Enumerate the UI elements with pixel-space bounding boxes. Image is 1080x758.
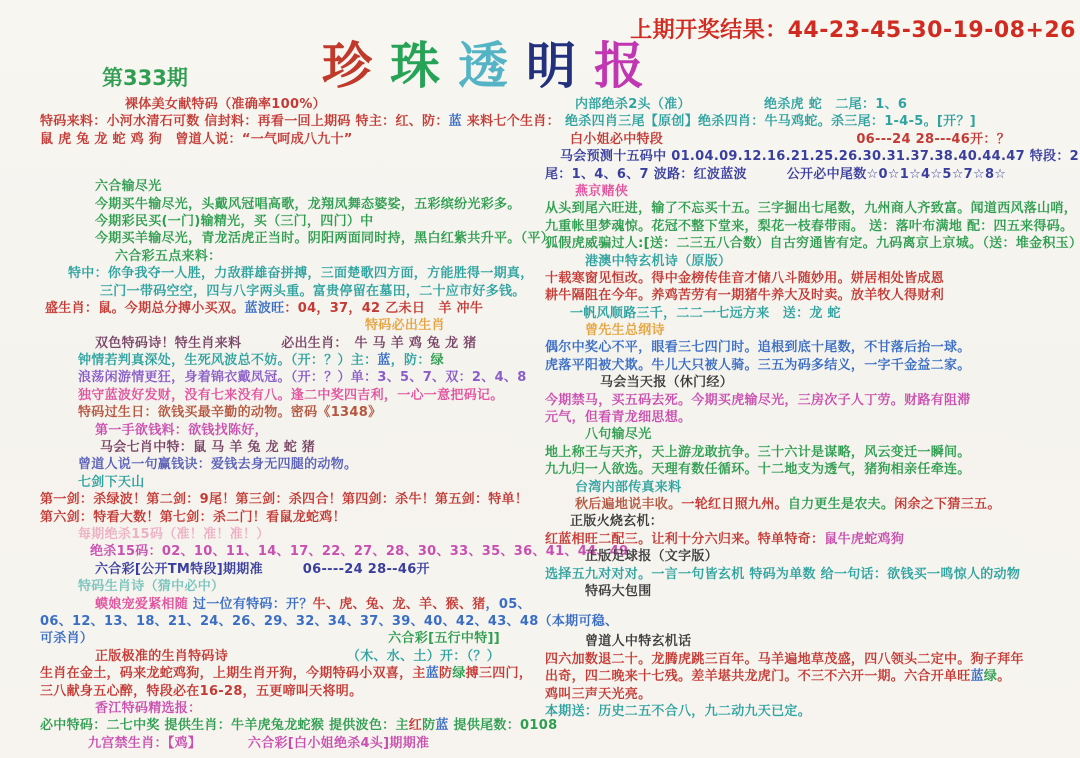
text-segment: 独守蓝波好发财，没有七来没有八。逢二中奖四吉利，一心一意把码记。 (78, 388, 504, 403)
text-segment: 六合输尽光 (95, 179, 162, 194)
text-segment: 七剑下天山 (78, 475, 145, 490)
text-segment: 防 (422, 718, 435, 733)
text-segment: 特中：你争我夺一人胜，力敌群雄奋拼搏，三面楚歌四方面，方能胜得一期真， (68, 266, 534, 281)
text-segment: 六合彩[五行中特]] (388, 631, 500, 646)
text-segment: 特码过生日：欲钱买最辛勤的动物。密码《1348》 (78, 405, 381, 420)
text-line: 九九归一人欲选。天理有数任循环。十二地支为透气，猪狗相亲任牵连。 (545, 461, 1080, 478)
text-segment: 四六加数退二十。龙腾虎跳三百年。马羊遍地草茂盛，四八领头二定中。狗子拜年 (545, 652, 1024, 667)
text-line: 选择五九对对对。一言一句皆玄机 特码为单数 给一句话：欲钱买一鸣惊人的动物 (545, 566, 1080, 583)
text-line: 特码必出生肖 (40, 317, 545, 334)
text-segment: 第一手欲钱料：欲钱找陈好， (95, 423, 268, 438)
text-segment: 今期彩民买(一门)输精光，买（三门，四门）中 (95, 214, 373, 229)
text-segment: 九重帐里梦魂惊。花冠不整下堂来，梨花一枝春带雨。 送：落叶布满地 配：四五来得码… (545, 219, 1073, 234)
text-segment: 正版足球报（文字版） (585, 549, 718, 564)
text-line: 钟情若判真深处，生死风波总不妨。（开：？）主：蓝，防：绿 (40, 352, 545, 369)
text-segment: 第一剑：杀绿波！第二剑：9尾！第三剑：杀四合！第四剑：杀牛！第五剑：特单！ (40, 492, 528, 507)
text-segment: 马会当天报（休门经） (600, 375, 733, 390)
text-segment: 正版火烧玄机： (570, 514, 663, 529)
text-line: 06、12、13、18、21、24、26、29、32、34、37、39、40、4… (40, 613, 545, 630)
text-segment: 蓝 (435, 718, 448, 733)
text-segment: 内部绝杀2头（准） 绝杀虎 蛇 二尾：1、6 (575, 97, 907, 112)
text-line: 六合输尽光 (40, 178, 545, 195)
right-column: 内部绝杀2头（准） 绝杀虎 蛇 二尾：1、6绝杀四肖三尾【原创】绝杀四肖：牛马鸡… (545, 96, 1080, 720)
text-line: 秋后遍地说丰收。一轮红日照九州。自力更生是农夫。闲余之下猜三五。 (545, 496, 1080, 513)
text-segment: 闲余之下猜三五。 (894, 497, 1000, 512)
text-segment: 八句输尽光 (585, 427, 652, 442)
text-segment: 三门一带码空空，四与八字两头重。富贵停留在墓田，二十应市好多钱。 (100, 284, 526, 299)
text-line: 台湾内部传真来料 (545, 479, 1080, 496)
text-segment: 虎落平阳被犬欺。牛儿大只被人骑。三五为码多结义，一字千金益二家。 (545, 358, 971, 373)
text-line: 狐假虎威骗过人:[送：二三五八合数）自古穷通皆有定。九码离京上京城。（送：堆金积… (545, 235, 1080, 252)
text-segment: 九宫禁生肖：【鸡】 六合彩[白小姐绝杀4头]期期准 (88, 736, 429, 751)
text-line: 出奇，四二晚来十七残。差羊堪共龙虎门。不三不六开一期。六合开单旺蓝绿。 (545, 668, 1080, 685)
text-segment: 绿 (984, 669, 997, 684)
text-segment: 绿 (452, 666, 465, 681)
text-line: 十载寒窗见恒改。得中金榜传佳音才储八斗随妙用。姘居相处皆成恩 (545, 270, 1080, 287)
text-segment: 曾道人说一句赢钱诀：爱钱去身无四腿的动物。 (78, 457, 357, 472)
text-segment: 三八献身五心醉，特段必在16-28，五更啼叫天将明。 (40, 684, 362, 699)
text-segment: 红 (409, 718, 422, 733)
text-line: 一帆风顺路三千，二二一七远方来 送：龙 蛇 (545, 305, 1080, 322)
text-line: 七剑下天山 (40, 474, 545, 491)
text-line: 元气，但看青龙细思想。 (545, 409, 1080, 426)
text-segment: 红蓝相旺二配三。让利十分六归来。特单特奇： (545, 532, 824, 547)
text-line: 正版极准的生肖特码诗（木、水、土）开：（？） (40, 648, 545, 665)
text-segment: 鼠牛虎蛇鸡狗 (824, 532, 904, 547)
text-segment: 九九归一人欲选。天理有数任循环。十二地支为透气，猪狗相亲任牵连。 (545, 462, 971, 477)
text-line: 第一剑：杀绿波！第二剑：9尾！第三剑：杀四合！第四剑：杀牛！第五剑：特单！ (40, 491, 545, 508)
text-segment: 六合彩五点来料： (115, 249, 221, 264)
text-line: 本期送：历史二五不合八，九二动九天已定。 (545, 703, 1080, 720)
text-line: 特码生肖诗（猜中必中） (40, 578, 545, 595)
text-segment: 特码来料：小河水清石可数 信封料：再看一回上期码 特主：红、防： (40, 114, 449, 129)
title-char: 珍 (322, 36, 390, 95)
text-segment: 第六剑：特看大数！第七剑：杀二门！看鼠龙蛇鸡！ (40, 510, 346, 525)
text-segment: 双色特码诗！特生肖来料 必出生肖： 牛 马 羊 鸡 兔 龙 猪 (95, 336, 477, 351)
text-segment: 选择五九对对对。一言一句皆玄机 特码为单数 给一句话：欲钱买一鸣惊人的动物 (545, 567, 1020, 582)
text-segment: 鼠 虎 兔 龙 蛇 鸡 狗 曾道人说：“一气呵成八九十” (40, 132, 353, 147)
text-segment: 曾先生总纲诗 (585, 323, 665, 338)
text-segment: 。 (997, 669, 1010, 684)
content-columns: 裸体美女献特码（准确率100%）特码来料：小河水清石可数 信封料：再看一回上期码… (0, 96, 1080, 752)
text-segment: 钟情若判真深处，生死风波总不妨。（开：？）主： (78, 353, 377, 368)
text-line: 马会预测十五码中 01.04.09.12.16.21.25.26.30.31.3… (545, 148, 1080, 165)
text-segment: 蓝 (971, 669, 984, 684)
text-segment: 一轮红日照九州。 (681, 497, 787, 512)
text-segment: 从头到尾六旺进，输了不忘买十五。三字掘出七尾数，九州商人齐致富。闻道西风落山哨， (545, 201, 1077, 216)
text-segment: 香江特码精选报： (95, 701, 201, 716)
text-line: 鼠 虎 兔 龙 蛇 鸡 狗 曾道人说：“一气呵成八九十” (40, 131, 545, 148)
text-segment: 今期禁马，买五码去死。今期买虎输尽光，三房次子人丁劳。财路有阻滞 (545, 393, 971, 408)
text-line: 第六剑：特看大数！第七剑：杀二门！看鼠龙蛇鸡！ (40, 509, 545, 526)
page-title: 珍珠透明报 (322, 26, 662, 98)
text-segment: 特码大包围 (585, 584, 652, 599)
text-segment: 耕牛隔阻在今年。养鸡苦劳有一期猪牛养大及时卖。放羊牧人得财利 (545, 288, 944, 303)
text-line: 九重帐里梦魂惊。花冠不整下堂来，梨花一枝春带雨。 送：落叶布满地 配：四五来得码… (545, 218, 1080, 235)
text-line: 八句输尽光 (545, 426, 1080, 443)
text-line: 偶尔中奖心不平，眼看三七四门时。追根到底十尾数，不甘落后抬一球。 (545, 339, 1080, 356)
text-line: 马会七肖中特：鼠 马 羊 兔 龙 蛇 猪 (40, 439, 545, 456)
text-segment: 绿 (431, 353, 444, 368)
text-line: 曾道人说一句赢钱诀：爱钱去身无四腿的动物。 (40, 456, 545, 473)
text-line: 九宫禁生肖：【鸡】 六合彩[白小姐绝杀4头]期期准 (40, 735, 545, 752)
text-segment: 蓝 (377, 353, 390, 368)
previous-draw-result: 上期开奖结果：44-23-45-30-19-08+26 (630, 13, 1076, 44)
text-segment: 元气，但看青龙细思想。 (545, 410, 691, 425)
text-line: 蟆娘宠爱紧相随 过一位有特码：开？牛、虎、兔、龙、羊、猴、猪，05、 (40, 596, 545, 613)
text-segment: 提供尾数：0108 (449, 718, 558, 733)
text-line: 六合彩[公开TM特段]期期准 06----24 28--46开 (40, 561, 545, 578)
text-segment: 港澳中特玄机诗（原版） (585, 254, 731, 269)
text-line: 正版火烧玄机： (545, 513, 1080, 530)
text-segment: 裸体美女献特码（准确率100%） (125, 97, 326, 112)
newspaper-page: 上期开奖结果：44-23-45-30-19-08+26 珍珠透明报 第333期 … (0, 0, 1080, 758)
text-segment: 秋后遍地说丰收。 (575, 497, 681, 512)
title-char: 明 (526, 36, 594, 95)
text-segment: 出奇，四二晚来十七残。差羊堪共龙虎门。不三不六开一期。六合开单旺 (545, 669, 971, 684)
text-segment: 搏三四门， (466, 666, 533, 681)
text-segment: 必中特码：二七中奖 提供生肖：牛羊虎兔龙蛇猴 提供波色：主 (40, 718, 409, 733)
text-line: 浪荡闲游情更狂，身着锦衣戴凤冠。（开：？）单：3、5、7、双：2、4、8 (40, 369, 545, 386)
text-line: 独守蓝波好发财，没有七来没有八。逢二中奖四吉利，一心一意把码记。 (40, 387, 545, 404)
text-segment: 特码必出生肖 (365, 318, 445, 333)
text-line: 特中：你争我夺一人胜，力敌群雄奋拼搏，三面楚歌四方面，方能胜得一期真， (40, 265, 545, 282)
text-line: 特码大包围 (545, 583, 1080, 600)
text-segment: 一帆风顺路三千，二二一七远方来 送：龙 蛇 (570, 306, 841, 321)
text-line: 四六加数退二十。龙腾虎跳三百年。马羊遍地草茂盛，四八领头二定中。狗子拜年 (545, 651, 1080, 668)
issue-number: 第333期 (102, 62, 188, 92)
text-line: 三八献身五心醉，特段必在16-28，五更啼叫天将明。 (40, 683, 545, 700)
text-segment: 地上称王与天齐，天上游龙敢抗争。三十六计是谋略，风云变迁一瞬间。 (545, 445, 971, 460)
text-segment: 六合彩[公开TM特段]期期准 06----24 28--46开 (95, 562, 430, 577)
text-line: 特码来料：小河水清石可数 信封料：再看一回上期码 特主：红、防：蓝 来料七个生肖… (40, 113, 545, 130)
text-segment: 06、12、13、18、21、24、26、29、32、34、37、39、40、4… (40, 614, 618, 629)
previous-draw-numbers: 44-23-45-30-19-08+26 (788, 18, 1076, 43)
text-segment: 蟆娘宠爱紧相随 (95, 597, 188, 612)
text-line: 双色特码诗！特生肖来料 必出生肖： 牛 马 羊 鸡 兔 龙 猪 (40, 335, 545, 352)
text-line: 每期绝杀15码（准！准！准！） (40, 526, 545, 543)
text-line: 今期彩民买(一门)输精光，买（三门，四门）中 (40, 213, 545, 230)
text-segment: 狐假虎威骗过人:[送：二三五八合数）自古穷通皆有定。九码离京上京城。（送：堆金积… (545, 236, 1080, 251)
text-segment: 正版极准的生肖特码诗 (95, 649, 228, 664)
text-line: 尾：1、4、6、7 波路：红波蓝波 公开必中尾数☆0☆1☆4☆5☆7☆8☆ (545, 166, 1080, 183)
text-line: 红蓝相旺二配三。让利十分六归来。特单特奇：鼠牛虎蛇鸡狗 (545, 531, 1080, 548)
text-line: 地上称王与天齐，天上游龙敢抗争。三十六计是谋略，风云变迁一瞬间。 (545, 444, 1080, 461)
text-segment: 今期买牛输尽光，头戴风冠唱高歌，龙翔凤舞态婆娑，五彩缤纷光彩多。 (95, 197, 521, 212)
title-char: 珠 (390, 36, 458, 95)
text-line: 三门一带码空空，四与八字两头重。富贵停留在墓田，二十应市好多钱。 (40, 283, 545, 300)
text-segment: 十载寒窗见恒改。得中金榜传佳音才储八斗随妙用。姘居相处皆成恩 (545, 271, 944, 286)
text-line: 六合彩五点来料： (40, 248, 545, 265)
text-line: 燕京赌侠 (545, 183, 1080, 200)
text-line: 绝杀四肖三尾【原创】绝杀四肖：牛马鸡蛇。杀三尾：1-4-5。[开？] (545, 113, 1080, 130)
text-line: 第一手欲钱料：欲钱找陈好， (40, 422, 545, 439)
text-line: 生肖在金土，码来龙蛇鸡狗，上期生肖开狗，今期特码小双喜，主蓝防绿搏三四门， (40, 665, 545, 682)
text-segment: 浪荡闲游情更狂，身着锦衣戴凤冠。（开：？）单：3、5、7、双：2、4、8 (78, 370, 527, 385)
text-line: 香江特码精选报： (40, 700, 545, 717)
text-segment: 06---24 28---46开：？ (856, 132, 1010, 147)
text-segment: 燕京赌侠 (575, 184, 628, 199)
text-line: 耕牛隔阻在今年。养鸡苦劳有一期猪牛养大及时卖。放羊牧人得财利 (545, 287, 1080, 304)
title-char: 透 (458, 36, 526, 95)
text-segment: 绝杀四肖三尾【原创】绝杀四肖：牛马鸡蛇。杀三尾：1-4-5。[开？] (565, 114, 976, 129)
text-segment: 牛、虎、兔、龙、羊、猴、猪 (313, 597, 486, 612)
text-segment: 马会七肖中特：鼠 马 羊 兔 龙 蛇 猪 (100, 440, 315, 455)
text-line: 曾先生总纲诗 (545, 322, 1080, 339)
text-line: 曾道人中特玄机话 (545, 633, 1080, 650)
text-segment: 蓝 (426, 666, 439, 681)
text-line: 必中特码：二七中奖 提供生肖：牛羊虎兔龙蛇猴 提供波色：主红防蓝 提供尾数：01… (40, 717, 545, 734)
text-segment: 每期绝杀15码（准！准！准！） (78, 527, 270, 542)
text-segment: 生肖在金土，码来龙蛇鸡狗，上期生肖开狗，今期特码小双喜，主 (40, 666, 426, 681)
text-segment: 蓝 (449, 114, 462, 129)
text-segment: 防 (439, 666, 452, 681)
text-segment: 自力更生是农夫。 (788, 497, 894, 512)
text-line: 今期买羊输尽光，青龙活虎正当时。阴阳两面同时持，黑白红紫共升平。（平） (40, 230, 545, 247)
text-segment: 白小姐必中特段 (570, 132, 663, 147)
text-line: 正版足球报（文字版） (545, 548, 1080, 565)
text-line: 特码过生日：欲钱买最辛勤的动物。密码《1348》 (40, 404, 545, 421)
text-segment: 马会预测十五码中 01.04.09.12.16.21.25.26.30.31.3… (560, 149, 1080, 164)
text-segment: ，防： (391, 353, 431, 368)
text-line: 港澳中特玄机诗（原版） (545, 253, 1080, 270)
text-segment: 尾：1、4、6、7 波路：红波蓝波 公开必中尾数☆0☆1☆4☆5☆7☆8☆ (545, 167, 1006, 182)
text-line: 白小姐必中特段06---24 28---46开：？ (545, 131, 1080, 148)
text-segment: ，05、 (486, 597, 531, 612)
text-segment: 盛生肖：鼠。今期总分搏小买双。 (45, 301, 245, 316)
text-line: 鸡叫三声天光亮。 (545, 686, 1080, 703)
text-line: 内部绝杀2头（准） 绝杀虎 蛇 二尾：1、6 (545, 96, 1080, 113)
text-segment: ：04，37，42 乙未日 羊 冲牛 (284, 301, 483, 316)
title-char: 报 (594, 36, 662, 95)
left-column: 裸体美女献特码（准确率100%）特码来料：小河水清石可数 信封料：再看一回上期码… (40, 96, 545, 752)
text-line: 绝杀15码：02、10、11、14、17、22、27、28、30、33、35、3… (40, 543, 545, 560)
text-line: 盛生肖：鼠。今期总分搏小买双。蓝波旺：04，37，42 乙未日 羊 冲牛 (40, 300, 545, 317)
text-line: 可杀肖）六合彩[五行中特]] (40, 630, 545, 647)
text-segment: 可杀肖） (40, 631, 93, 646)
text-segment: 偶尔中奖心不平，眼看三七四门时。追根到底十尾数，不甘落后抬一球。 (545, 340, 971, 355)
text-line: 今期禁马，买五码去死。今期买虎输尽光，三房次子人丁劳。财路有阻滞 (545, 392, 1080, 409)
text-segment: 特码生肖诗（猜中必中） (78, 579, 224, 594)
text-segment: 过一位有特码：开？ (188, 597, 313, 612)
text-segment: 蓝波旺 (245, 301, 285, 316)
text-line: 今期买牛输尽光，头戴风冠唱高歌，龙翔凤舞态婆娑，五彩缤纷光彩多。 (40, 196, 545, 213)
text-segment: 台湾内部传真来料 (575, 480, 681, 495)
text-segment: （木、水、土）开：（？） (347, 649, 500, 664)
text-line: 虎落平阳被犬欺。牛儿大只被人骑。三五为码多结义，一字千金益二家。 (545, 357, 1080, 374)
text-line: 裸体美女献特码（准确率100%） (40, 96, 545, 113)
text-line: 从头到尾六旺进，输了不忘买十五。三字掘出七尾数，九州商人齐致富。闻道西风落山哨， (545, 200, 1080, 217)
text-segment: 曾道人中特玄机话 (585, 634, 691, 649)
text-segment: 鸡叫三声天光亮。 (545, 687, 651, 702)
text-segment: 今期买羊输尽光，青龙活虎正当时。阴阳两面同时持，黑白红紫共升平。（平） (95, 231, 554, 246)
text-line: 马会当天报（休门经） (545, 374, 1080, 391)
text-segment: 本期送：历史二五不合八，九二动九天已定。 (545, 704, 811, 719)
header: 上期开奖结果：44-23-45-30-19-08+26 珍珠透明报 第333期 (0, 0, 1080, 96)
